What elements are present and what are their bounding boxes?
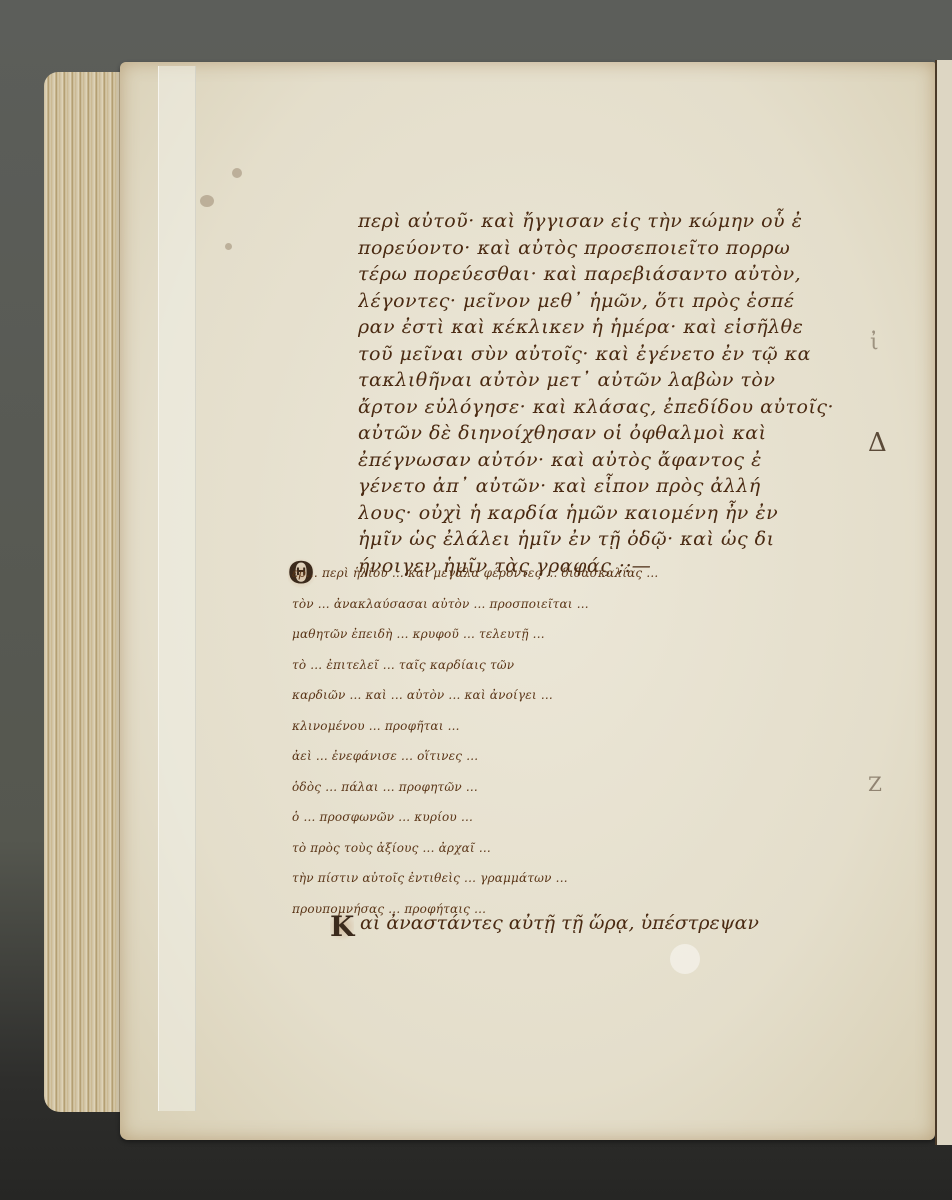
commentary-line: τὴν πίστιν αὐτοῖς ἐντιθεὶς ... γραμμάτων… (292, 863, 892, 894)
foxing-spot (232, 168, 242, 178)
commentary-line: ὁ ... προσφωνῶν ... κυρίου ... (292, 802, 892, 833)
scripture-text: περὶ αὐτοῦ· καὶ ἤγγισαν εἰς τὴν κώμην οὗ… (358, 208, 858, 579)
text-line: αὐτῶν δὲ διηνοίχθησαν οἱ ὀφθαλμοὶ καὶ (358, 420, 858, 447)
text-line: λους· οὐχὶ ἡ καρδία ἡμῶν καιομένη ἦν ἐν (358, 500, 858, 527)
paper-blemish (670, 944, 700, 974)
text-line: πορεύοντο· καὶ αὐτὸς προσεποιεῖτο πορρω (358, 235, 858, 262)
commentary-line: κλινομένου ... προφῆται ... (292, 711, 892, 742)
resumed-scripture-line: αὶ ἀναστάντες αὐτῇ τῇ ὥρᾳ, ὑπέστρεψαν (360, 912, 759, 934)
text-line: ραν ἐστὶ καὶ κέκλικεν ἡ ἡμέρα· καὶ εἰσῆλ… (358, 314, 858, 341)
text-line: περὶ αὐτοῦ· καὶ ἤγγισαν εἰς τὴν κώμην οὗ… (358, 208, 858, 235)
margin-mark: Δ (868, 428, 887, 458)
text-line: ἐπέγνωσαν αὐτόν· καὶ αὐτὸς ἄφαντος ἐ (358, 447, 858, 474)
text-line: τακλιθῆναι αὐτὸν μετ᾽ αὐτῶν λαβὼν τὸν (358, 367, 858, 394)
text-line: τοῦ μεῖναι σὺν αὐτοῖς· καὶ ἐγένετο ἐν τῷ… (358, 341, 858, 368)
repair-tape-strip (158, 66, 196, 1111)
commentary-text: ερ... περὶ ἡλίου ... καὶ μεγάλα φέροντες… (292, 558, 892, 924)
text-line: τέρω πορεύεσθαι· καὶ παρεβιάσαντο αὐτὸν, (358, 261, 858, 288)
section-initial: Κ (330, 910, 354, 943)
commentary-line: τὸ ... ἐπιτελεῖ ... ταῖς καρδίαις τῶν (292, 650, 892, 681)
text-line: λέγοντες· μεῖνον μεθ᾽ ἡμῶν, ὅτι πρὸς ἑσπ… (358, 288, 858, 315)
commentary-line: ὁδὸς ... πάλαι ... προφητῶν ... (292, 772, 892, 803)
facing-page-edge (935, 60, 952, 1145)
text-line: ἄρτον εὐλόγησε· καὶ κλάσας, ἐπεδίδου αὐτ… (358, 394, 858, 421)
text-line: ἡμῖν ὡς ἐλάλει ἡμῖν ἐν τῇ ὁδῷ· καὶ ὡς δι (358, 526, 858, 553)
margin-mark: Ζ (868, 772, 882, 796)
foxing-spot (225, 243, 232, 250)
commentary-line: καρδιῶν ... καὶ ... αὐτὸν ... καὶ ἀνοίγε… (292, 680, 892, 711)
commentary-line: ἀεὶ ... ἐνεφάνισε ... οἵτινες ... (292, 741, 892, 772)
text-line: γένετο ἀπ᾽ αὐτῶν· καὶ εἶπον πρὸς ἀλλή (358, 473, 858, 500)
commentary-line: ερ... περὶ ἡλίου ... καὶ μεγάλα φέροντες… (292, 558, 892, 589)
commentary-line: τὸν ... ἀνακλαύσασαι αὐτὸν ... προσποιεῖ… (292, 589, 892, 620)
commentary-line: τὸ πρὸς τοὺς ἀξίους ... ἀρχαῖ ... (292, 833, 892, 864)
margin-mark: ἰ (870, 330, 879, 355)
commentary-line: μαθητῶν ἐπειδὴ ... κρυφοῦ ... τελευτῇ ..… (292, 619, 892, 650)
foxing-spot (200, 195, 214, 207)
